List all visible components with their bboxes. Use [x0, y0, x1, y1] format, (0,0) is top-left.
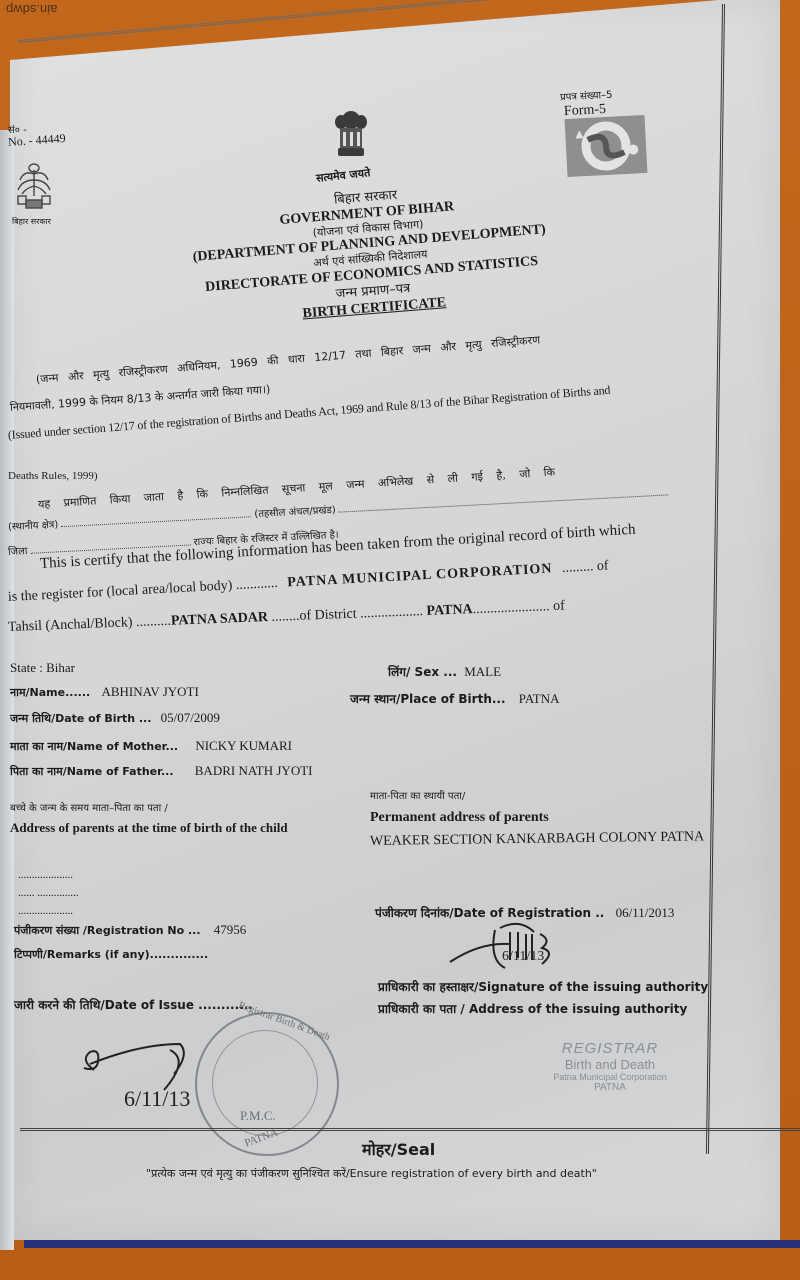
birth-address-label: Address of parents at the time of birth … [10, 820, 288, 836]
district-prefix: ........of District .................. [271, 604, 423, 625]
tahsil-value: PATNA SADAR [171, 610, 269, 629]
bihar-tree-logo-icon [12, 160, 56, 218]
handwritten-date-bottom: 6/11/13 [124, 1086, 190, 1111]
handwritten-date-top: 6/11/13 [502, 949, 544, 964]
tahsil-prefix: Tahsil (Anchal/Block) .......... [8, 614, 172, 635]
dob-label: जन्म तिथि/Date of Birth ... [10, 712, 151, 725]
preamble-hindi-1: (जन्म और मृत्यु रजिस्ट्रीकरण अधिनियम, 19… [35, 332, 540, 387]
serial-number: No. - 44449 [8, 131, 67, 150]
registrar-line2: Birth and Death [520, 1057, 700, 1072]
form-number-hindi: प्रपत्र संख्या–5 [560, 87, 613, 104]
mother-row: माता का नाम/Name of Mother... NICKY KUMA… [10, 738, 292, 754]
father-label: पिता का नाम/Name of Father... [10, 765, 174, 778]
pob-label: जन्म स्थान/Place of Birth... [350, 692, 506, 706]
preamble-english-2: Deaths Rules, 1999) [8, 470, 98, 482]
national-emblem-icon [330, 108, 372, 166]
birth-address-line: ...... ............... [18, 884, 79, 902]
pob-value: PATNA [519, 691, 560, 706]
birth-address-lines: .................... ...... ............… [18, 866, 79, 920]
tahsil-hindi: (तहसील अंचल/प्रखंड) [254, 505, 336, 520]
mother-label: माता का नाम/Name of Mother... [10, 740, 178, 753]
name-row: नाम/Name...... ABHINAV JYOTI [10, 684, 199, 700]
seal-center-text: P.M.C. [240, 1108, 276, 1124]
reg-date-value: 06/11/2013 [616, 905, 675, 920]
reg-no-row: पंजीकरण संख्या /Registration No ... 4795… [14, 922, 246, 938]
emblem-motto: सत्यमेव जयते [315, 165, 371, 186]
dob-row: जन्म तिथि/Date of Birth ... 05/07/2009 [10, 710, 220, 726]
reg-date-label: पंजीकरण दिनांक/Date of Registration .. [375, 906, 604, 920]
remarks-label: टिप्पणी/Remarks (if any).............. [14, 947, 208, 962]
footer-divider [20, 1128, 800, 1131]
preamble-hindi-2: नियमावली, 1999 के नियम 8/13 के अन्तर्गत … [9, 382, 270, 415]
registration-logo [565, 115, 648, 177]
tahsil-line: Tahsil (Anchal/Block) ..........PATNA SA… [8, 599, 565, 636]
name-label: नाम/Name...... [10, 686, 90, 699]
local-body-prefix: is the register for (local area/local bo… [8, 576, 279, 605]
bihar-logo-caption: बिहार सरकार [12, 216, 51, 227]
dob-value: 05/07/2009 [161, 710, 220, 725]
birth-address-line: .................... [18, 866, 79, 884]
birth-address-hindi: बच्चे के जन्म के समय माता–पिता का पता / [10, 800, 168, 814]
birth-address-line: .................... [18, 902, 79, 920]
reg-no-label: पंजीकरण संख्या /Registration No ... [14, 924, 201, 937]
local-body-suffix: ......... of [562, 559, 609, 576]
mother-value: NICKY KUMARI [195, 738, 292, 753]
title-block: बिहार सरकार GOVERNMENT OF BIHAR (योजना ए… [146, 173, 595, 334]
seal-label: मोहर/Seal [362, 1138, 435, 1160]
registrar-line4: PATNA [520, 1082, 700, 1093]
reg-no-value: 47956 [214, 922, 247, 937]
sex-value: MALE [464, 664, 501, 679]
district-value: PATNA [426, 602, 473, 619]
local-area-hindi: (स्थानीय क्षेत्र) [8, 519, 59, 533]
registrar-line3: Patna Municipal Corporation [520, 1072, 700, 1082]
certificate-content: सं० - No. - 44449 बिहार सरकार सत्यमेव जय… [0, 0, 800, 1280]
state-line: State : Bihar [10, 660, 75, 676]
authority-address-label: प्राधिकारी का पता / Address of the issui… [378, 1000, 687, 1017]
district-suffix: ...................... of [472, 599, 565, 618]
reg-date-row: पंजीकरण दिनांक/Date of Registration .. 0… [375, 904, 674, 921]
issuer-signature-icon: 6/11/13 [70, 1030, 240, 1120]
permanent-address-hindi: माता-पिता का स्थायी पता/ [370, 788, 465, 802]
registrar-title: REGISTRAR [520, 1040, 700, 1057]
issue-date-label: जारी करने की तिथि/Date of Issue ........… [14, 996, 253, 1013]
sex-label: लिंग/ Sex ... [388, 665, 457, 679]
registration-swirl-icon [565, 115, 648, 177]
father-value: BADRI NATH JYOTI [195, 763, 313, 778]
father-row: पिता का नाम/Name of Father... BADRI NATH… [10, 763, 312, 779]
footer-motto: "प्रत्येक जन्म एवं मृत्यु का पंजीकरण सुन… [146, 1166, 597, 1181]
local-body-value: PATNA MUNICIPAL CORPORATION [287, 561, 553, 590]
signature-label: प्राधिकारी का हस्ताक्षर/Signature of the… [378, 978, 708, 995]
district-hindi: जिला [8, 546, 28, 558]
permanent-address-value: WEAKER SECTION KANKARBAGH COLONY PATNA [370, 829, 704, 850]
pob-row: जन्म स्थान/Place of Birth... PATNA [350, 690, 560, 707]
sex-row: लिंग/ Sex ... MALE [388, 663, 501, 680]
registrar-signature-icon: 6/11/13 [440, 920, 600, 980]
registrar-stamp: REGISTRAR Birth and Death Patna Municipa… [520, 1040, 700, 1093]
name-value: ABHINAV JYOTI [101, 684, 198, 699]
preamble-english-1: (Issued under section 12/17 of the regis… [7, 383, 610, 443]
permanent-address-label: Permanent address of parents [370, 810, 549, 826]
